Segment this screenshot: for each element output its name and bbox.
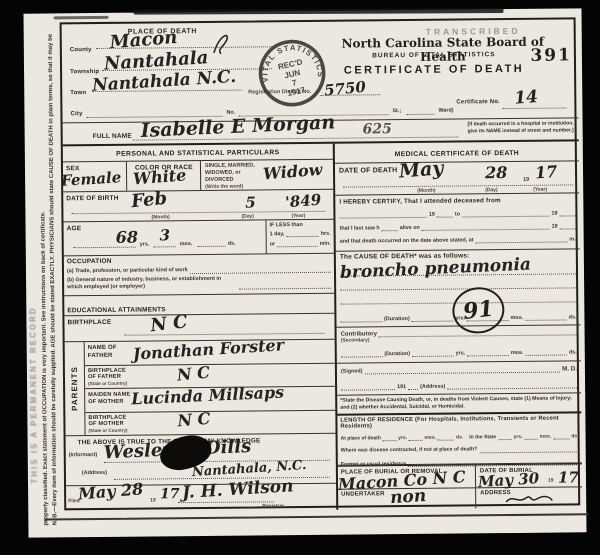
dotted-line <box>74 247 136 249</box>
ds-label: ds. <box>456 434 463 440</box>
dotted-line <box>462 209 550 218</box>
dotted-line <box>382 223 398 231</box>
hrs-label: hrs. <box>321 231 331 237</box>
dotted-line <box>502 107 566 109</box>
yrs-label: yrs. <box>513 434 522 440</box>
dotted-line <box>341 349 383 357</box>
occupation-b-label: (b) General nature of industry, business… <box>67 276 237 292</box>
day-hint: (Day) <box>241 213 254 219</box>
sex-race-marital-row: SEX Female COLOR OR RACE White SINGLE, M… <box>63 160 333 193</box>
dod-month-value: May <box>398 159 444 181</box>
marital-hint: (Write the word) <box>205 184 243 190</box>
19-label: 19 <box>429 212 435 218</box>
death-stated-label: and that death occurred on the date abov… <box>340 237 474 244</box>
certify-line: I HEREBY CERTIFY, That I attended deceas… <box>339 196 575 205</box>
dotted-line <box>383 433 396 441</box>
month-hint: (Month) <box>151 214 169 220</box>
dod-day-value: 28 <box>485 165 507 181</box>
age-row: AGE 68 yrs. 3 mos. ds. IF LESS than 1 da… <box>64 220 334 257</box>
dotted-line <box>412 349 454 357</box>
if-less-than-day-cell: IF LESS than 1 day,hrs. ormin. <box>265 220 333 254</box>
ds-label: ds. <box>569 314 577 320</box>
page-number: 391 <box>530 45 572 65</box>
mos-label: mos. <box>424 435 436 441</box>
dob-day-value: 5 <box>245 195 256 210</box>
191-label: 191 <box>397 384 406 390</box>
dotted-line <box>341 382 395 391</box>
dotted-line <box>277 239 318 247</box>
ds-label: ds. <box>569 349 577 355</box>
dotted-line <box>560 221 576 229</box>
dotted-line <box>339 210 427 219</box>
certificate-title: CERTIFICATE OF DEATH <box>334 63 534 77</box>
dotted-line <box>479 444 578 453</box>
ward-label: Ward) <box>438 108 453 114</box>
year-hint: (Year) <box>533 187 547 193</box>
if-less-line1: IF LESS than <box>270 222 331 229</box>
dotted-line <box>364 365 560 375</box>
dotted-line <box>239 281 331 290</box>
stray-pen-mark <box>210 31 236 57</box>
filed-year-value: 17 <box>160 487 180 501</box>
undertaker-value: non <box>390 488 427 507</box>
cause-footnote: *State the Disease Causing Death, or, in… <box>337 393 581 415</box>
mother-maiden-name-value: Lucinda Millsaps <box>131 385 285 408</box>
state-or-country-hint: (State or Country) <box>88 427 127 432</box>
dotted-line <box>438 433 454 441</box>
signed-block: (Signed)M. D. 191 (Address) <box>337 361 581 395</box>
yrs-label: yrs. <box>398 435 407 441</box>
md-label: M. D. <box>562 365 577 372</box>
yrs-label: yrs. <box>140 241 150 247</box>
sex-value: Female <box>61 170 122 189</box>
father-name-value: Jonathan Forster <box>132 337 284 362</box>
dotted-line <box>437 210 453 218</box>
burial-year-value: 17 <box>558 470 579 485</box>
address-label: (Address) <box>420 384 445 390</box>
mos-label: mos. <box>180 241 193 247</box>
full-name-extra-number: 625 <box>363 122 392 136</box>
registrar-signature: J. H. Wilson <box>182 478 294 502</box>
mos-label: mos. <box>540 434 552 440</box>
address-scribble <box>504 492 554 506</box>
date-of-birth-row: DATE OF BIRTH Feb (Month) 5 (Day) '849 (… <box>63 190 333 223</box>
dotted-line <box>447 380 577 389</box>
medical-section-title: MEDICAL CERTIFICATE OF DEATH <box>335 141 579 163</box>
m-label: m. <box>569 236 575 242</box>
ds-label: ds. <box>571 433 578 439</box>
parents-block: PARENTS NAME OF FATHER Jonathan Forster … <box>65 340 336 437</box>
age-years-value: 68 <box>116 230 138 246</box>
date-of-death-row: DATE OF DEATH May (Month) 28 (Day) 19 17… <box>335 161 579 195</box>
mother-maiden-name-row: MAIDEN NAME OF MOTHER Lucinda Millsaps <box>85 387 335 413</box>
filed-row: Filed May 28 19 17 J. H. Wilson Registra… <box>66 484 336 513</box>
st-label: St.; <box>392 108 401 114</box>
occupation-a-label: (a) Trade, profession, or particular kin… <box>67 267 188 275</box>
parents-label: PARENTS <box>70 366 79 411</box>
dod-year-value: 17 <box>534 164 557 182</box>
mos-label: mos. <box>511 350 524 356</box>
color-race-value: White <box>133 167 187 187</box>
address-label: (Address) <box>82 470 107 476</box>
19-label: 19 <box>551 211 557 217</box>
contributory-block: Contributory (Secondary) (Duration) yrs.… <box>337 325 581 363</box>
where-contracted-label: Where was disease contracted, if not at … <box>341 447 478 455</box>
mother-birthplace-row: BIRTHPLACE OF MOTHER (State or Country) … <box>85 410 335 435</box>
scan-artifact <box>54 16 109 20</box>
occupation-row: OCCUPATION (a) Trade, profession, or par… <box>64 254 334 297</box>
scan-artifact <box>133 8 503 15</box>
personal-section-title-text: PERSONAL AND STATISTICAL PARTICULARS <box>116 149 279 158</box>
registrar-label: Registrar. <box>262 503 285 509</box>
father-name-label: NAME OF FATHER <box>88 345 124 361</box>
certificate-page: THIS IS A PERMANENT RECORD N. B.—Every i… <box>23 8 586 537</box>
dob-month-value: Feb <box>131 190 168 211</box>
town-label: Town <box>70 90 86 96</box>
dotted-line <box>525 312 567 320</box>
birthplace-row: BIRTHPLACE N C <box>64 314 334 343</box>
scanned-document-viewer: { "margin": { "faint": "THIS IS A PERMAN… <box>0 0 600 555</box>
dotted-line <box>553 431 569 439</box>
dotted-line <box>524 432 537 440</box>
state-or-country-hint: (State or Country) <box>88 380 127 385</box>
if-less-line2: 1 day, <box>270 231 285 237</box>
dotted-line <box>409 433 422 441</box>
dod-19-label: 19 <box>523 177 529 183</box>
date-of-birth-label: DATE OF BIRTH <box>66 195 118 203</box>
county-label: County <box>70 47 92 53</box>
age-label: AGE <box>67 225 82 232</box>
burial-row: PLACE OF BURIAL OR REMOVAL Macon Co N C … <box>338 463 582 489</box>
attended-certify-block: I HEREBY CERTIFY, That I attended deceas… <box>335 193 580 251</box>
day-hint: (Day) <box>485 187 498 193</box>
length-of-residence-block: LENGTH OF RESIDENCE (For Hospitals, Inst… <box>337 413 581 465</box>
to-label: to <box>455 212 460 218</box>
permanent-record-margin-note: THIS IS A PERMANENT RECORD <box>26 54 39 484</box>
in-state-label: In the State <box>469 434 496 440</box>
last-saw-label: that I last saw h <box>340 225 380 231</box>
education-label: EDUCATIONAL ATTAINMENTS <box>67 306 166 314</box>
education-row: EDUCATIONAL ATTAINMENTS <box>64 294 334 317</box>
certificate-no-label: Certificate No. <box>456 99 500 105</box>
margin-instruction-line-1: N. B.—Every item of information should b… <box>48 25 59 525</box>
filed-date-value: May 28 <box>78 481 144 502</box>
dob-year-value: '849 <box>285 193 322 211</box>
residence-title: LENGTH OF RESIDENCE (For Hospitals, Inst… <box>340 415 578 429</box>
birthplace-label: BIRTHPLACE <box>67 319 111 326</box>
occupation-label: OCCUPATION <box>67 256 331 266</box>
bottom-rule <box>44 513 588 520</box>
date-of-death-label: DATE OF DEATH <box>339 167 397 175</box>
father-name-row: NAME OF FATHER Jonathan Forster <box>85 340 335 366</box>
age-months-value: 3 <box>160 228 171 243</box>
burial-19-label: 19 <box>548 478 554 484</box>
dotted-line <box>178 501 274 503</box>
dotted-line <box>190 265 331 274</box>
marital-label: SINGLE, MARRIED, WIDOWED, or DIVORCED <box>205 162 265 183</box>
at-place-label: At place of death <box>341 435 381 441</box>
medical-section-title-text: MEDICAL CERTIFICATE OF DEATH <box>395 150 520 158</box>
dotted-line <box>525 347 567 355</box>
dotted-line <box>286 229 318 237</box>
marital-value: Widow <box>262 162 322 183</box>
signed-label: (Signed) <box>341 368 363 374</box>
cause-code-value: 91 <box>462 296 495 325</box>
dotted-line <box>198 246 226 247</box>
dotted-line <box>422 222 550 231</box>
dotted-line <box>71 211 325 214</box>
yrs-label: yrs. <box>456 350 466 356</box>
city-label: City <box>70 111 82 117</box>
mother-birthplace-value: N C <box>177 410 211 429</box>
dotted-line <box>498 432 511 440</box>
father-birthplace-value: N C <box>176 364 210 383</box>
dotted-line <box>408 382 418 390</box>
board-of-health-title: North Carolina State Board of Health <box>324 35 562 65</box>
dotted-line <box>412 314 454 322</box>
certificate-no-value: 14 <box>514 89 539 108</box>
ds-label: ds. <box>228 241 236 247</box>
duration-label: (Duration) <box>384 316 410 322</box>
undertaker-row: UNDERTAKER non ADDRESS <box>338 487 582 509</box>
dotted-line <box>559 208 575 216</box>
alive-on-label: alive on <box>400 225 420 231</box>
undertaker-label: UNDERTAKER <box>341 491 385 497</box>
dotted-line <box>406 114 434 115</box>
full-name-label: FULL NAME <box>93 133 132 140</box>
informant-label: (Informant) <box>69 452 98 458</box>
month-hint: (Month) <box>417 188 435 194</box>
dotted-line <box>154 246 176 247</box>
19-label: 19 <box>552 224 558 230</box>
dotted-line <box>467 348 509 356</box>
township-label: Township <box>70 69 99 75</box>
duration-label: (Duration) <box>384 351 410 357</box>
or-label: or <box>270 241 275 247</box>
dotted-line <box>476 234 568 243</box>
stamp-year-text: 1917 <box>286 85 306 98</box>
mos-label: mos. <box>510 315 523 321</box>
filed-19-label: 19 <box>150 497 156 503</box>
year-hint: (Year) <box>291 213 305 219</box>
min-label: min. <box>320 241 331 247</box>
hospital-note: [If death occurred in a hospital or inst… <box>467 120 575 135</box>
dotted-line <box>340 314 382 322</box>
birthplace-value: N C <box>150 313 189 335</box>
